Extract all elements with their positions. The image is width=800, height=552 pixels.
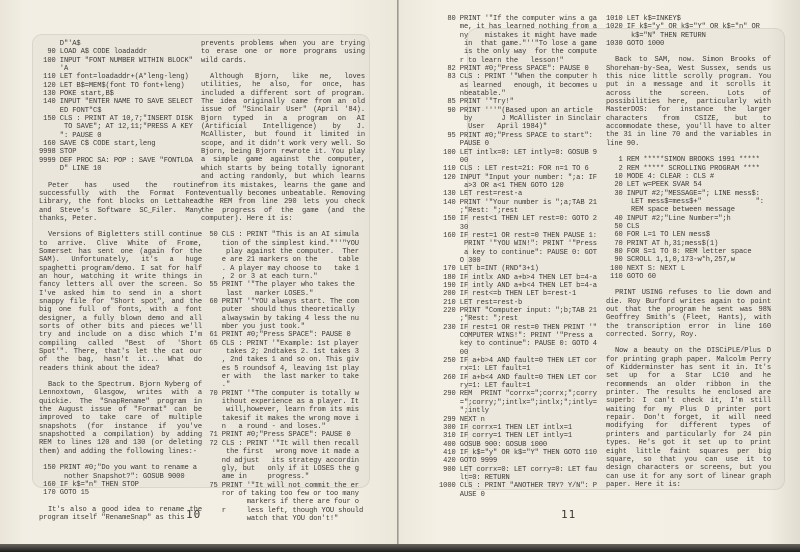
paragraph: Although Bjorn, like me, loves utilities… xyxy=(201,73,365,223)
code-line: nd adjust its strategy accordin xyxy=(201,457,365,465)
page-11: 80 PRINT '"If the computer wins a ga me,… xyxy=(398,0,800,546)
code-line: r to learn the lesson!" xyxy=(439,57,607,65)
code-line: =";corry;";intlx=";intlx;";intly= xyxy=(439,399,607,407)
code-line: 70 PRINT AT h,31;mess$(1) xyxy=(606,240,771,248)
code-line: 9999 DEF PROC SA: POP : SAVE "FONTLOA xyxy=(39,157,202,165)
code-line: 1020 IF k$="y" OR k$="Y" OR k$="n" OR xyxy=(606,23,771,31)
code-line: LET mess$=mess$+" ": xyxy=(606,198,771,206)
code-line: , 2 or 3 at each turn." xyxy=(201,273,365,281)
code-line: 410 IF k$="y" OR k$="Y" THEN GOTO 110 xyxy=(439,449,607,457)
page-11-column-2: 1010 LET k$=INKEY$1020 IF k$="y" OR k$="… xyxy=(606,15,771,497)
code-line: gly, but only if it LOSES the g xyxy=(201,465,365,473)
paragraph: Versions of Bigletters still continue to… xyxy=(39,231,202,373)
code-line: key to continue": PAUSE 0: GOTO 4 xyxy=(439,340,607,348)
code-line: 130 LET rest=rest-a xyxy=(439,190,607,198)
code-line: 1 REM *****SIMON BROOKS 1991 ***** xyxy=(606,156,771,164)
code-line: 30 INPUT #2;"MESSAGE="; LINE mess$: xyxy=(606,190,771,198)
paragraph: Peter has used the routine successfully … xyxy=(39,182,202,224)
code-line: 00 xyxy=(439,349,607,357)
code-line: es 5 roundsof 4, leaving 1st play xyxy=(201,365,365,373)
code-line: 110 LET font=loadaddr+(A*leng-leng) xyxy=(39,73,202,81)
code-line: 100 NEXT S: NEXT L xyxy=(606,265,771,273)
code-line: 300 IF corrx=1 THEN LET intlx=1 xyxy=(439,424,607,432)
code-line: in that game."''"To lose a game xyxy=(439,40,607,48)
code-line: 310 IF corry=1 THEN LET intly=1 xyxy=(439,432,607,440)
code-line: 170 GOTO 15 xyxy=(39,489,202,497)
code-line: last marker LOSES." xyxy=(201,290,365,298)
code-line: 65 CLS : PRINT '"Example: 1st player xyxy=(201,340,365,348)
code-line: nbeatable." xyxy=(439,90,607,98)
code-line: 95 PRINT #0;"Press SPACE to start": xyxy=(439,132,607,140)
code-line: ny mistakes it might have made xyxy=(439,32,607,40)
code-line: as learned enough, it becomes u xyxy=(439,82,607,90)
code-line: 140 PRINT '"Your number is ";a;TAB 21 xyxy=(439,199,607,207)
code-line: 2 REM ***** SCROLLING PROGRAM **** xyxy=(606,165,771,173)
code-line: ED FONT"C$ xyxy=(39,107,202,115)
code-line: PAUSE 0 xyxy=(439,140,607,148)
code-line: r less left, though YOU should xyxy=(201,507,365,515)
code-line: 140 INPUT "ENTER NAME TO SAVE SELECT xyxy=(39,98,202,106)
code-line: 61 PRINT #0;"Press SPACE": PAUSE 0 xyxy=(201,331,365,339)
code-line: 120 LET B$=MEM$(font TO font+leng) xyxy=(39,82,202,90)
code-line: me, it has learned nothing from a xyxy=(439,23,607,31)
code-line: 150 CLS : PRINT AT 10,7;"INSERT DISK xyxy=(39,115,202,123)
code-line: n a round - and loses." xyxy=(201,423,365,431)
page-number: 11 xyxy=(561,508,576,521)
paragraph: It's also a good idea to rename the prog… xyxy=(39,506,202,523)
code-line: 420 GOTO 9999 xyxy=(439,457,607,465)
code-line: ";intly xyxy=(439,407,607,415)
page-10-column-2: prevents problems when you are trying to… xyxy=(201,40,365,531)
code-line: 180 IF intlx AND a+b>4 THEN LET b=4-a xyxy=(439,274,607,282)
code-line: 110 CLS : LET rest=21: FOR n=1 TO 6 xyxy=(439,165,607,173)
code-line: 80 PRINT '"If the computer wins a ga xyxy=(439,15,607,23)
code-line: 10 MODE 4: CLEAR : CLS # xyxy=(606,173,771,181)
code-line: 82 PRINT #0;"Press SPACE": PAUSE 0 xyxy=(439,65,607,73)
code-line: 40 INPUT #2;"Line Number=";h xyxy=(606,215,771,223)
paragraph: prevents problems when you are trying to… xyxy=(201,40,365,65)
code-line: 9998 STOP xyxy=(39,148,202,156)
code-line: 71 PRINT #0;"Press SPACE": PAUSE 0 xyxy=(201,431,365,439)
code-line: will,however, learn from its mis xyxy=(201,406,365,414)
code-line: 900 LET corrx=0: LET corry=0: LET fau xyxy=(439,466,607,474)
code-line: 70 PRINT '"The computer is totally w xyxy=(201,390,365,398)
code-line: by J McAllister in Sinclair xyxy=(439,115,607,123)
code-line: rx=1: LET fault=1 xyxy=(439,365,607,373)
code-line: 60 FOR L=1 TO LEN mess$ xyxy=(606,231,771,239)
code-line: er with the last marker to take xyxy=(201,373,365,381)
code-listing-ai-game-part1: 50 CLS : PRINT "This is an AI simula tio… xyxy=(201,231,365,523)
code-line: k$="N" THEN RETURN xyxy=(606,32,771,40)
paragraph: Now a beauty on the DISCiPLE/Plus D for … xyxy=(606,347,771,489)
code-line: User April 1984)" xyxy=(439,123,607,131)
code-line: 150 PRINT #0;"Do you want to rename a xyxy=(39,464,202,472)
code-line: ": PAUSE 0 xyxy=(39,132,202,140)
code-line: AUSE 0 xyxy=(439,491,607,499)
code-line: 100 LET intlx=0: LET intly=0: GOSUB 9 xyxy=(439,149,607,157)
code-line: takes 2; 2ndtakes 2. 1st takes 3 xyxy=(201,348,365,356)
code-line: PRINT '"YOU WIN!": PRINT '"Press xyxy=(439,240,607,248)
page-10: D"'A$ 90 LOAD A$ CODE loadaddr 100 INPUT… xyxy=(0,0,398,546)
page-bottom-edge-shadow xyxy=(0,544,800,552)
code-line: puter should thus theoretically xyxy=(201,306,365,314)
code-line: 72 CLS : PRINT '"It will then recall xyxy=(201,440,365,448)
code-line: mber you just took." xyxy=(201,323,365,331)
code-line: watch that YOU don't!" xyxy=(201,515,365,523)
code-line: 160 IF k$="n" THEN STOP xyxy=(39,481,202,489)
code-line: a key to continue": PAUSE 0: GOT xyxy=(439,249,607,257)
code-line: 80 FOR S=1 TO 8: REM letter space xyxy=(606,248,771,256)
code-line: O 300 xyxy=(439,257,607,265)
code-line: 100 INPUT "FONT NUMBER WITHIN BLOCK" xyxy=(39,57,202,65)
code-line: takesif it makes the wrong move i xyxy=(201,415,365,423)
code-listing-scroller: 1 REM *****SIMON BROOKS 1991 ***** 2 REM… xyxy=(606,156,771,281)
code-line: 400 GOSUB 900: GOSUB 1000 xyxy=(439,441,607,449)
page-number: 10 xyxy=(186,508,201,521)
code-line: 90 SCROLL 1,1,0,173-w*h,257,w xyxy=(606,256,771,264)
code-line: 85 PRINT '"Try!" xyxy=(439,98,607,106)
code-line: D" LINE 10 xyxy=(39,165,202,173)
code-line: markers if there are four o xyxy=(201,498,365,506)
code-line: ithout experience as a player. It xyxy=(201,398,365,406)
code-line: tion of the simplest kind."''"YOU xyxy=(201,240,365,248)
code-line: REM space between message xyxy=(606,206,771,214)
code-line: COMPUTER WINS!": PRINT '"Press a xyxy=(439,332,607,340)
code-line: 55 PRINT '"The player who takes the xyxy=(201,281,365,289)
code-line: 200 IF rest<=b THEN LET b=rest-1 xyxy=(439,290,607,298)
code-line: 260 IF a+b<4 AND fault=0 THEN LET cor xyxy=(439,374,607,382)
paragraph: Back to SAM, now. Simon Brooks of Shoreh… xyxy=(606,56,771,148)
page-10-column-1: D"'A$ 90 LOAD A$ CODE loadaddr 100 INPUT… xyxy=(39,40,202,530)
code-line: D"'A$ xyxy=(39,40,202,48)
code-line: 1010 LET k$=INKEY$ xyxy=(606,15,771,23)
code-line: ror of taking too few or too many xyxy=(201,490,365,498)
code-line: TO SAVE"; AT 12,11;"PRESS A KEY xyxy=(39,123,202,131)
code-line: 1000 CLS : PRINT "ANOTHER TRY? Y/N": P xyxy=(439,482,607,490)
code-line: 60 PRINT '"YOU always start. The com xyxy=(201,298,365,306)
code-line: 290 REM PRINT "corrx=";corrx;";corry xyxy=(439,390,607,398)
code-line: ry=1: LET fault=1 xyxy=(439,382,607,390)
code-listing-snaprename: 150 PRINT #0;"Do you want to rename a no… xyxy=(39,464,202,497)
paragraph: PRINT USING refuses to lie down and die.… xyxy=(606,289,771,339)
code-line: 160 SAVE C$ CODE start,leng xyxy=(39,140,202,148)
code-listing-ai-game-end: 1010 LET k$=INKEY$1020 IF k$="y" OR k$="… xyxy=(606,15,771,48)
code-line: 210 LET rest=rest-b xyxy=(439,299,607,307)
code-line: 230 IF rest=1 OR rest=0 THEN PRINT '" xyxy=(439,324,607,332)
code-line: 299 NEXT n xyxy=(439,416,607,424)
code-line: nother Snapshot?": GOSUB 9000 xyxy=(39,473,202,481)
code-listing-font-loader: D"'A$ 90 LOAD A$ CODE loadaddr 100 INPUT… xyxy=(39,40,202,174)
code-line: ame in progress." xyxy=(201,473,365,481)
code-line: . A player may choose to take 1 xyxy=(201,265,365,273)
code-line: 75 PRINT '"It will not commit the er xyxy=(201,482,365,490)
code-line: 50 CLS : PRINT "This is an AI simula xyxy=(201,231,365,239)
page-11-column-1: 80 PRINT '"If the computer wins a ga me,… xyxy=(439,15,607,507)
code-line: 1030 GOTO 1000 xyxy=(606,40,771,48)
code-line: e are 21 markers on the table xyxy=(201,256,365,264)
code-listing-ai-game-part2: 80 PRINT '"If the computer wins a ga me,… xyxy=(439,15,607,499)
code-line: 'A xyxy=(39,65,202,73)
code-line: 00 xyxy=(439,157,607,165)
code-line: the first wrong move it made a xyxy=(201,448,365,456)
code-line: alwayswin by taking 4 less the nu xyxy=(201,315,365,323)
code-line: lt=0: RETURN xyxy=(439,474,607,482)
code-line: 120 INPUT "Input your number: ";a: IF xyxy=(439,174,607,182)
code-line: 50 CLS xyxy=(606,223,771,231)
code-line: 20 LET w=PEEK SVAR 54 xyxy=(606,181,771,189)
code-line: 83 CLS : PRINT '"When the computer h xyxy=(439,73,607,81)
code-line: 250 IF a+b>4 AND fault=0 THEN LET cor xyxy=(439,357,607,365)
code-line: ." xyxy=(201,381,365,389)
code-line: 110 GOTO 60 xyxy=(606,273,771,281)
code-line: 90 LOAD A$ CODE loadaddr xyxy=(39,48,202,56)
code-line: play against the computer. Ther xyxy=(201,248,365,256)
code-line: a>3 OR a<1 THEN GOTO 120 xyxy=(439,182,607,190)
code-line: 30 xyxy=(439,224,607,232)
code-line: 170 LET b=INT (RND*3+1) xyxy=(439,265,607,273)
code-line: ;"Rest: ";rest xyxy=(439,315,607,323)
magazine-spread: D"'A$ 90 LOAD A$ CODE loadaddr 100 INPUT… xyxy=(0,0,800,546)
code-line: is the only way for the compute xyxy=(439,48,607,56)
code-line: 160 IF rest=1 OR rest=0 THEN PAUSE 1: xyxy=(439,232,607,240)
paragraph: Back to the Spectrum. Bjorn Nyberg of Le… xyxy=(39,381,202,456)
code-line: 190 IF intly AND a+b<4 THEN LET b=4-a xyxy=(439,282,607,290)
code-line: ;"Rest: ";rest xyxy=(439,207,607,215)
code-line: 220 PRINT "Computer input: ";b;TAB 21 xyxy=(439,307,607,315)
code-line: , 2nd takes 1 and so on. This giv xyxy=(201,356,365,364)
code-line: 150 IF rest<1 THEN LET rest=0: GOTO 2 xyxy=(439,215,607,223)
code-line: 90 PRINT '''"(Based upon an article xyxy=(439,107,607,115)
code-line: 130 POKE start,B$ xyxy=(39,90,202,98)
